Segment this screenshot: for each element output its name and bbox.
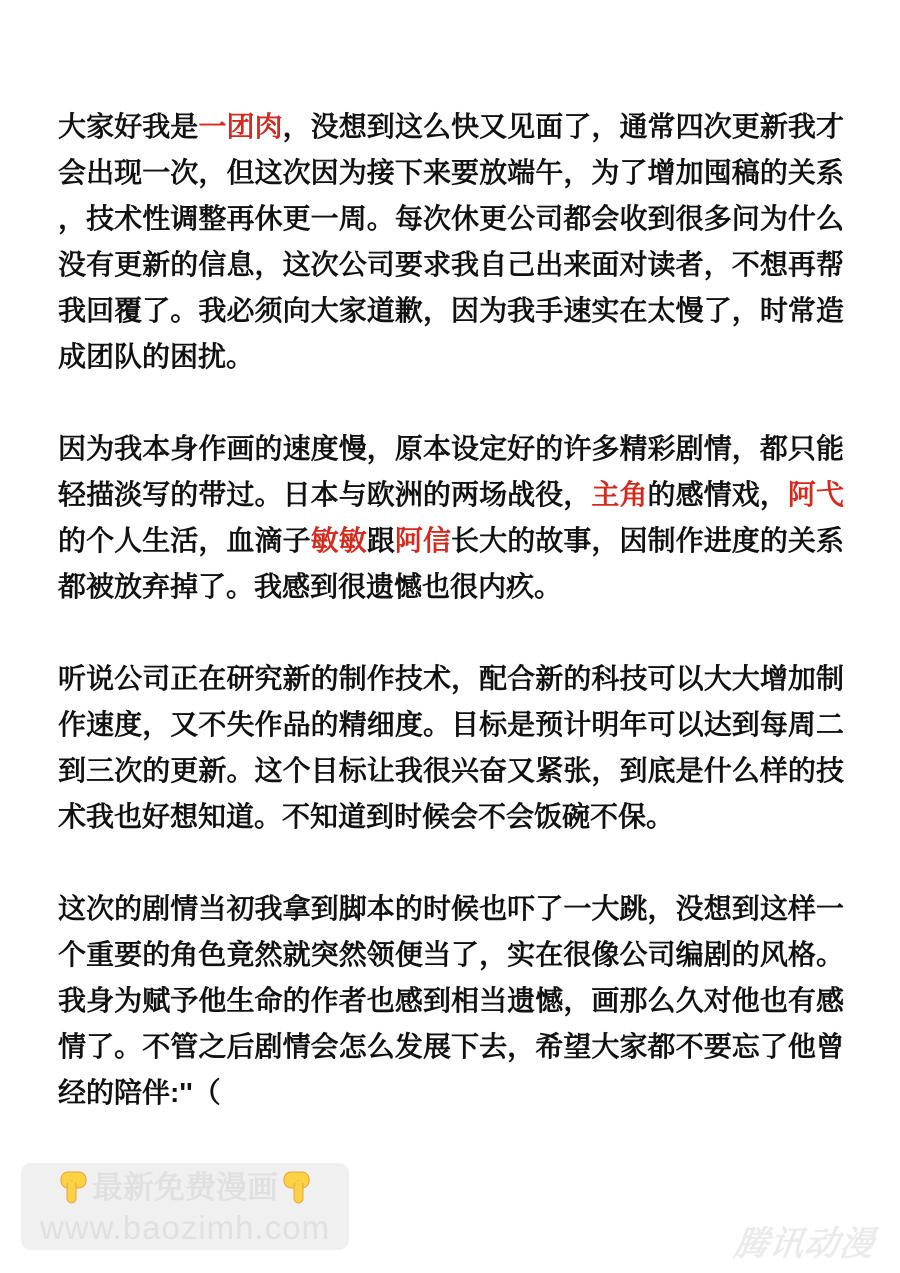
hand-pointing-down-icon bbox=[280, 1169, 314, 1205]
paragraph-text: 大家好我是 bbox=[58, 111, 198, 142]
comic-page: 大家好我是一团肉，没想到这么快又见面了，通常四次更新我才会出现一次，但这次因为接… bbox=[0, 0, 900, 1273]
watermark-title-row: 最新免费漫画 bbox=[56, 1169, 314, 1205]
watermark-title: 最新免费漫画 bbox=[92, 1172, 278, 1203]
highlighted-character-name: 敏敏 bbox=[311, 525, 367, 556]
highlighted-character-name: 主角 bbox=[591, 479, 647, 510]
paragraph-text: 这次的剧情当初我拿到脚本的时候也吓了一大跳，没想到这样一个重要的角色竟然就突然领… bbox=[58, 893, 844, 1108]
paragraph: 听说公司正在研究新的制作技术，配合新的科技可以大大增加制作速度，又不失作品的精细… bbox=[58, 656, 844, 840]
hand-pointing-down-icon bbox=[56, 1169, 90, 1205]
paragraph-text: ，没想到这么快又见面了，通常四次更新我才会出现一次，但这次因为接下来要放端午，为… bbox=[58, 111, 844, 372]
watermark-badge: 最新免费漫画 www.baozimh.com bbox=[21, 1163, 349, 1250]
paragraph: 这次的剧情当初我拿到脚本的时候也吓了一大跳，没想到这样一个重要的角色竟然就突然领… bbox=[58, 886, 844, 1116]
highlighted-character-name: 阿弋 bbox=[788, 479, 844, 510]
paragraph: 因为我本身作画的速度慢，原本设定好的许多精彩剧情，都只能轻描淡写的带过。日本与欧… bbox=[58, 426, 844, 610]
highlighted-character-name: 一团肉 bbox=[198, 111, 282, 142]
tencent-comics-logo: 腾讯动漫 bbox=[732, 1216, 879, 1265]
watermark-url: www.baozimh.com bbox=[40, 1211, 330, 1244]
author-note-text: 大家好我是一团肉，没想到这么快又见面了，通常四次更新我才会出现一次，但这次因为接… bbox=[58, 104, 844, 1162]
paragraph-text: 的感情戏， bbox=[648, 479, 788, 510]
paragraph-text: 跟 bbox=[367, 525, 395, 556]
paragraph-text: 的个人生活，血滴子 bbox=[58, 525, 311, 556]
paragraph-text: 听说公司正在研究新的制作技术，配合新的科技可以大大增加制作速度，又不失作品的精细… bbox=[58, 663, 844, 832]
highlighted-character-name: 阿信 bbox=[395, 525, 451, 556]
paragraph: 大家好我是一团肉，没想到这么快又见面了，通常四次更新我才会出现一次，但这次因为接… bbox=[58, 104, 844, 380]
